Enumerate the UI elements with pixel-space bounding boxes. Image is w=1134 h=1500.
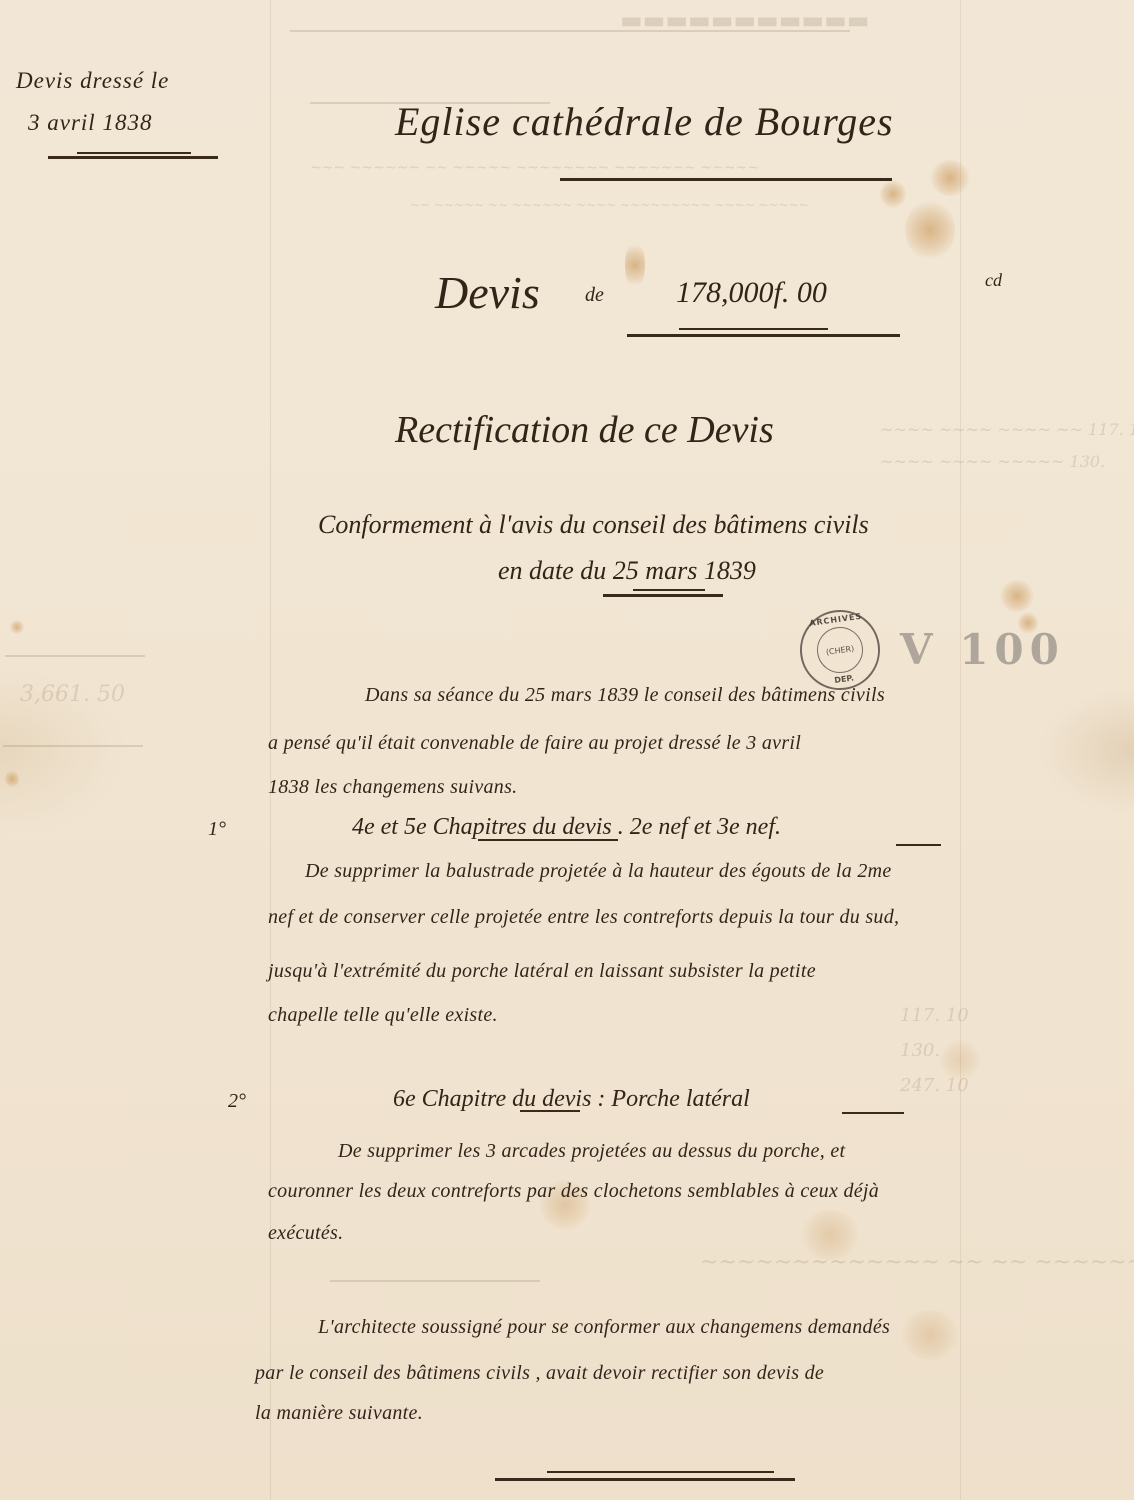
bleed-through-text: 3,661. 50 — [20, 682, 125, 707]
margin-note-underline — [77, 152, 191, 154]
bleed-through-text: ~~ ~~~~~ ~~ ~~~~~~ ~~~~ ~~~~~~~~~ ~~~~ ~… — [410, 198, 809, 212]
bleed-through-text: 130. — [900, 1040, 940, 1061]
foxing-stain — [940, 1040, 980, 1080]
foxing-stain — [1000, 580, 1034, 612]
closing-line-2: par le conseil des bâtimens civils , ava… — [255, 1362, 824, 1385]
intro-line-3: 1838 les changemens suivans. — [268, 776, 517, 799]
stamp-center: (CHER) — [814, 624, 866, 676]
margin-note-underline — [48, 156, 218, 159]
foxing-stain — [625, 240, 645, 290]
archive-reference: V 100 — [900, 625, 1065, 674]
item-2-heading-underline — [842, 1112, 904, 1114]
foxing-stain — [930, 160, 970, 196]
bleed-through-text: ~~~~ ~~~~ ~~~~ ~~ 117. 10 — [880, 420, 1134, 439]
intro-line-1: Dans sa séance du 25 mars 1839 le consei… — [365, 684, 885, 707]
item-1-heading: 4e et 5e Chapitres du devis . 2e nef et … — [352, 814, 781, 841]
foxing-stain — [10, 620, 24, 634]
devis-underline — [679, 328, 828, 330]
bleed-through-rule — [330, 1280, 540, 1282]
subtitle-underline — [603, 594, 723, 597]
bleed-through-text: ~~~ ~~~~~~ ~~ ~~~~~ ~~~~~~~~ ~~~~~~~ ~~~… — [310, 160, 759, 176]
item-1-line-4: chapelle telle qu'elle existe. — [268, 1004, 498, 1027]
manuscript-page: ▬▬▬▬▬▬▬▬▬▬▬ ~~~ ~~~~~~ ~~ ~~~~~ ~~~~~~~~… — [0, 0, 1134, 1500]
item-1-number: 1° — [208, 818, 226, 841]
subtitle-line-1: Conformement à l'avis du conseil des bât… — [318, 510, 869, 540]
devis-label: Devis — [435, 266, 540, 319]
closing-line-3: la manière suivante. — [255, 1402, 423, 1425]
item-2-line-1: De supprimer les 3 arcades projetées au … — [338, 1140, 845, 1163]
archives-stamp: ARCHIVES (CHER) DEP. — [795, 605, 885, 695]
margin-note-line-2: 3 avril 1838 — [28, 106, 152, 140]
item-1-heading-underline — [478, 839, 618, 841]
item-2-number: 2° — [228, 1090, 246, 1113]
item-2-line-3: exécutés. — [268, 1222, 343, 1245]
item-2-heading-underline — [520, 1110, 580, 1112]
rectification-heading: Rectification de ce Devis — [395, 408, 774, 452]
item-1-line-1: De supprimer la balustrade projetée à la… — [305, 860, 892, 883]
item-1-line-2: nef et de conserver celle projetée entre… — [268, 906, 899, 929]
bleed-through-rule — [3, 745, 143, 747]
subtitle-line-2: en date du 25 mars 1839 — [498, 556, 756, 586]
foxing-stain — [880, 180, 906, 208]
foxing-stain — [905, 200, 955, 260]
bleed-through-text: 117. 10 — [900, 1005, 969, 1026]
devis-underline — [627, 334, 900, 337]
foxing-stain — [900, 1310, 960, 1360]
item-2-heading: 6e Chapitre du devis : Porche latéral — [393, 1086, 750, 1113]
margin-note-line-1: Devis dressé le — [16, 64, 169, 98]
stamp-center-text: (CHER) — [825, 644, 854, 657]
item-2-line-2: couronner les deux contreforts par des c… — [268, 1180, 879, 1203]
foxing-stain — [800, 1210, 860, 1260]
bleed-through-text: ~~~~ ~~~~ ~~~~~ 130. — [880, 452, 1105, 471]
item-1-heading-underline — [896, 844, 941, 846]
closing-underline — [547, 1471, 774, 1473]
page-ruling-line — [960, 0, 961, 1500]
subtitle-underline — [633, 589, 705, 591]
closing-underline — [495, 1478, 795, 1481]
bleed-through-rule — [5, 655, 145, 657]
intro-line-2: a pensé qu'il était convenable de faire … — [268, 732, 801, 755]
bleed-through-text: ~~~~~~~~~~~~~ ~~ ~~ ~~~~~~ — [700, 1250, 1134, 1275]
bleed-through-rule — [290, 30, 850, 32]
closing-line-1: L'architecte soussigné pour se conformer… — [318, 1316, 890, 1339]
title-underline — [560, 178, 892, 181]
foxing-stain — [5, 770, 19, 788]
devis-amount: 178,000f. 00 — [676, 276, 827, 310]
devis-connector: de — [585, 284, 604, 307]
item-1-line-3: jusqu'à l'extrémité du porche latéral en… — [268, 960, 816, 983]
document-title: Eglise cathédrale de Bourges — [395, 98, 894, 145]
devis-amount-suffix: cd — [985, 270, 1002, 291]
